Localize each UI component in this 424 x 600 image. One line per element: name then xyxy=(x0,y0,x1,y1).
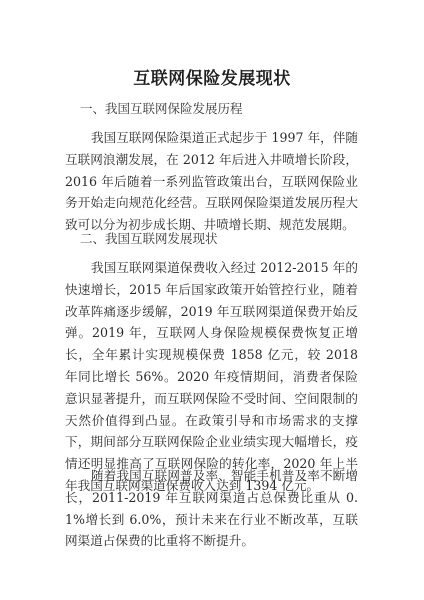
paragraph-history: 我国互联网保险渠道正式起步于 1997 年，伴随互联网浪潮发展，在 2012 年… xyxy=(65,127,358,236)
document-page: 互联网保险发展现状 一、我国互联网保险发展历程 我国互联网保险渠道正式起步于 1… xyxy=(0,0,424,600)
section-heading-status: 二、我国互联网发展现状 xyxy=(80,231,218,247)
document-title: 互联网保险发展现状 xyxy=(0,69,424,89)
paragraph-status-penetration: 随着我国互联网普及率、智能手机普及率不断增长，2011-2019 年互联网渠道占… xyxy=(65,465,358,552)
section-heading-history: 一、我国互联网保险发展历程 xyxy=(80,101,243,117)
paragraph-status-premiums: 我国互联网渠道保费收入经过 2012-2015 年的快速增长，2015 年后国家… xyxy=(65,257,358,497)
